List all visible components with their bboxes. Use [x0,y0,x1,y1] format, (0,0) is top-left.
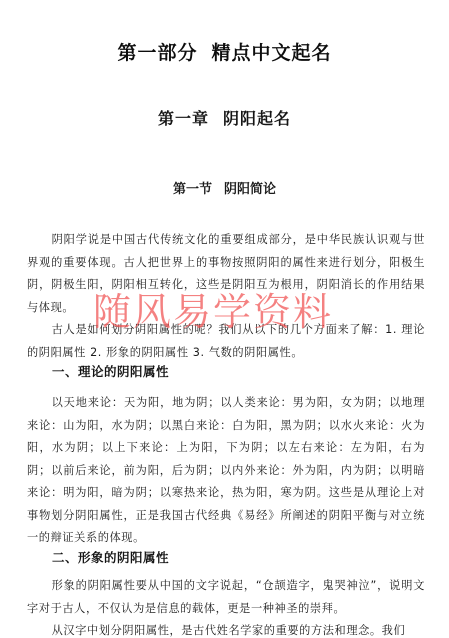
paragraph: 古人是如何划分阴阳属性的呢？我们从以下的几个方面来了解：1. 理论的阴阳属性 2… [27,319,425,364]
paragraph: 从汉字中划分阴阳属性，是古代姓名学家的重要的方法和理念。我们 [27,620,425,638]
subsection-heading: 一、理论的阴阳属性 [52,362,169,380]
subsection-heading: 二、形象的阴阳属性 [52,548,169,566]
paragraph: 形象的阴阳属性要从中国的文字说起，“仓颉造字，鬼哭神泣”，说明文字对于古人，不仅… [27,575,425,620]
part-title: 第一部分精点中文起名 [0,38,449,65]
chapter-title: 第一章阴阳起名 [0,106,449,129]
section-label: 第一节 [173,182,212,197]
chapter-name: 阴阳起名 [223,109,291,128]
part-name: 精点中文起名 [212,42,332,64]
chapter-label: 第一章 [158,109,209,128]
paragraph: 以天地来论：天为阳，地为阴；以人类来论：男为阳，女为阴；以地理来论：山为阳，水为… [27,392,425,550]
subsection-text: 形象的阴阳属性要从中国的文字说起，“仓颉造字，鬼哭神泣”，说明文字对于古人，不仅… [27,575,425,638]
document-page: 第一部分精点中文起名 第一章阴阳起名 第一节阴阳简论 阴阳学说是中国古代传统文化… [0,0,449,638]
intro-text: 阴阳学说是中国古代传统文化的重要组成部分，是中华民族认识观与世界观的重要体现。古… [27,229,425,364]
paragraph: 阴阳学说是中国古代传统文化的重要组成部分，是中华民族认识观与世界观的重要体现。古… [27,229,425,319]
part-label: 第一部分 [117,42,197,64]
section-name: 阴阳简论 [224,182,276,197]
subsection-text: 以天地来论：天为阳，地为阴；以人类来论：男为阳，女为阴；以地理来论：山为阳，水为… [27,392,425,550]
section-title: 第一节阴阳简论 [0,178,449,197]
